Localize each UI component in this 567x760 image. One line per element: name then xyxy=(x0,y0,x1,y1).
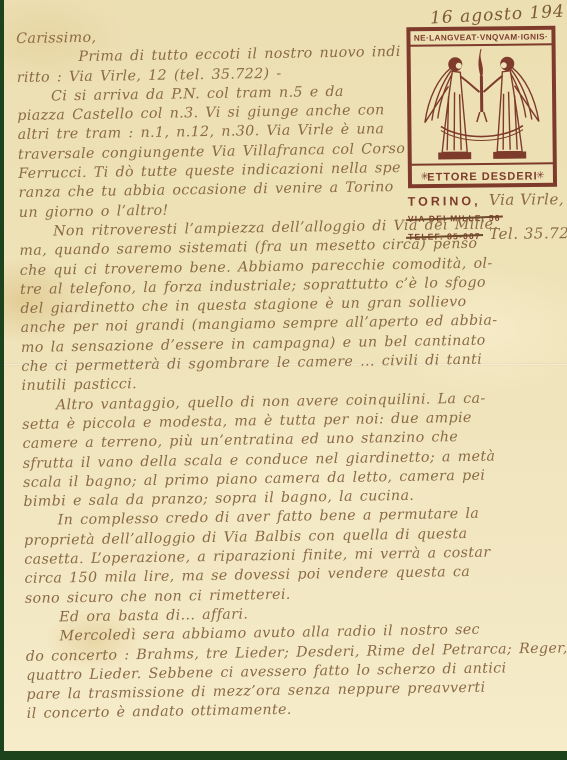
letter-paper: 16 agosto 194 NE·LANGVEAT·VNQVAM·IGNIS· xyxy=(4,0,567,751)
scanned-letter-page: { "colors": { "paper": "#eee2b8", "ink":… xyxy=(0,0,567,760)
letter-body: Carissimo, Prima di tutto eccoti il nost… xyxy=(16,21,567,724)
